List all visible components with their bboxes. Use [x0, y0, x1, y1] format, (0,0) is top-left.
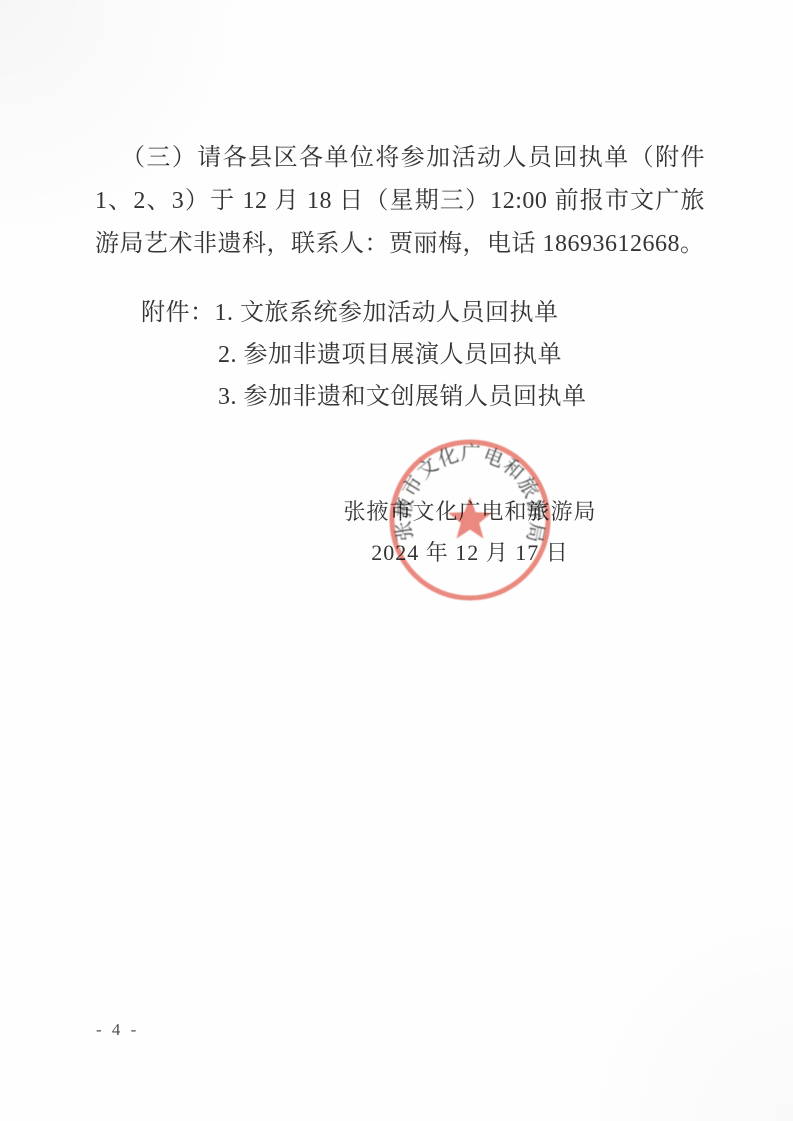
signature-organization: 张掖市文化广电和旅游局: [330, 497, 610, 527]
document-page: （三）请各县区各单位将参加活动人员回执单（附件 1、2、3）于 12 月 18 …: [0, 0, 793, 1121]
body-paragraph: （三）请各县区各单位将参加活动人员回执单（附件 1、2、3）于 12 月 18 …: [95, 137, 705, 266]
attachment-item: 3. 参加非遗和文创展销人员回执单: [141, 376, 587, 418]
attachment-item: 1. 文旅系统参加活动人员回执单: [215, 300, 559, 326]
signature-block: 张掖市文化广电和旅游局 2024 年 12 月 17 日: [330, 497, 610, 565]
attachment-item: 2. 参加非遗项目展演人员回执单: [141, 334, 587, 376]
page-number: - 4 -: [96, 1020, 139, 1040]
signature-date: 2024 年 12 月 17 日: [330, 541, 610, 565]
attachment-line: 附件：1. 文旅系统参加活动人员回执单: [141, 292, 587, 334]
attachments-label: 附件：: [141, 300, 215, 326]
attachments-block: 附件：1. 文旅系统参加活动人员回执单 2. 参加非遗项目展演人员回执单 3. …: [141, 292, 587, 418]
